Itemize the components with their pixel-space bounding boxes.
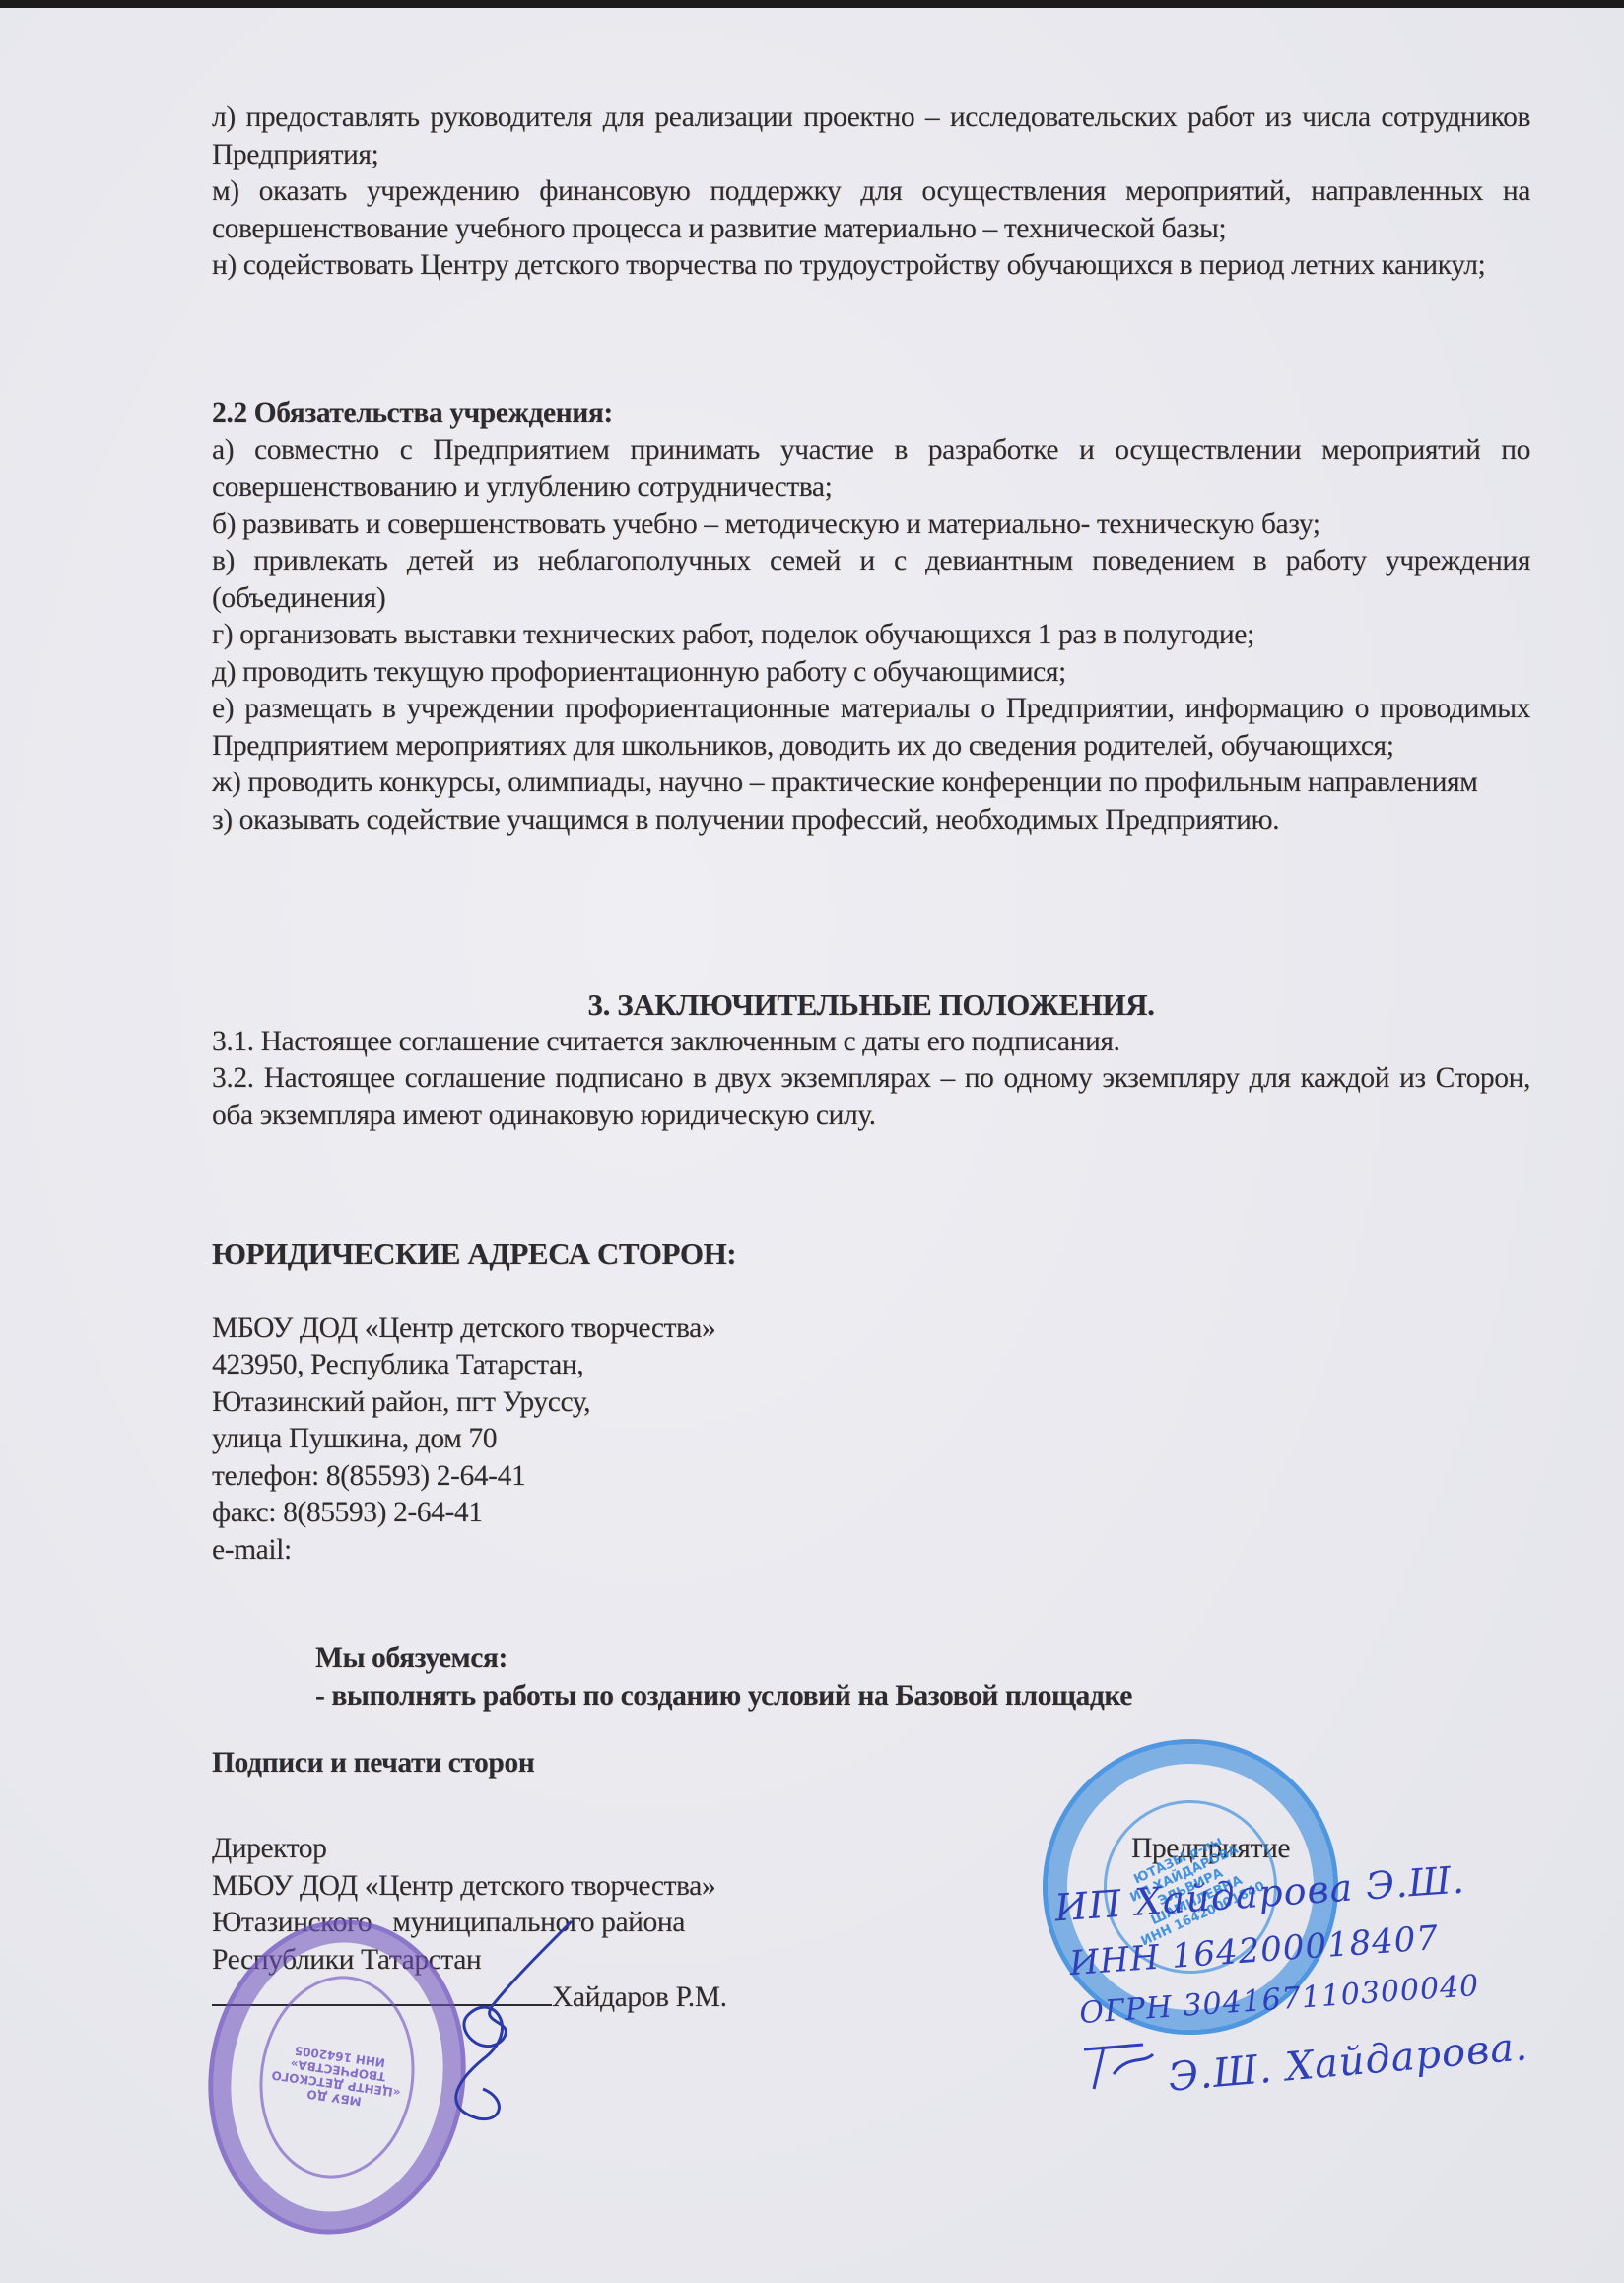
- signatures-heading: Подписи и печати сторон: [212, 1745, 1530, 1782]
- legal-addresses: ЮРИДИЧЕСКИЕ АДРЕСА СТОРОН: МБОУ ДОД «Цен…: [212, 1236, 1530, 1569]
- address-street: улица Пушкина, дом 70: [212, 1421, 1530, 1458]
- clause-zh: ж) проводить конкурсы, олимпиады, научно…: [212, 765, 1530, 802]
- address-phone: телефон: 8(85593) 2-64-41: [212, 1458, 1530, 1496]
- director-signature-scribble: [424, 1912, 591, 2128]
- scan-top-edge: [0, 0, 1624, 8]
- clause-g: г) организовать выставки технических раб…: [212, 617, 1530, 654]
- clause-b: б) развивать и совершенствовать учебно –…: [212, 506, 1530, 544]
- clause-m: м) оказать учреждению финансовую поддерж…: [212, 173, 1530, 247]
- address-district: Ютазинский район, пгт Уруссу,: [212, 1384, 1530, 1422]
- address-postal: 423950, Республика Татарстан,: [212, 1347, 1530, 1384]
- commitment-block: Мы обязуемся: - выполнять работы по созд…: [315, 1641, 1399, 1714]
- address-email: e-mail:: [212, 1532, 1530, 1570]
- clause-z: з) оказывать содействие учащимся в получ…: [212, 802, 1530, 839]
- signature-left-org: МБОУ ДОД «Центр детского творчества»: [212, 1868, 1099, 1906]
- section-2-2: 2.2 Обязательства учреждения: а) совмест…: [212, 395, 1530, 839]
- signature-left-title: Директор: [212, 1831, 1099, 1868]
- commitment-item: - выполнять работы по созданию условий н…: [315, 1678, 1399, 1715]
- section-3-heading: 3. ЗАКЛЮЧИТЕЛЬНЫЕ ПОЛОЖЕНИЯ.: [212, 986, 1530, 1024]
- enterprise-signature-scribble: [1074, 2035, 1163, 2094]
- stamp-left-inner: МБУ ДО «ЦЕНТР ДЕТСКОГО ТВОРЧЕСТВА» ИНН 1…: [246, 1966, 427, 2188]
- clause-d: д) проводить текущую профориентационную …: [212, 654, 1530, 692]
- section-2-1-continued: л) предоставлять руководителя для реализ…: [212, 100, 1530, 285]
- addresses-heading: ЮРИДИЧЕСКИЕ АДРЕСА СТОРОН:: [212, 1236, 1530, 1273]
- clause-e: е) размещать в учреждении профориентацио…: [212, 691, 1530, 765]
- clause-3-2: 3.2. Настоящее соглашение подписано в дв…: [212, 1060, 1530, 1134]
- section-2-2-heading: 2.2 Обязательства учреждения:: [212, 395, 1530, 433]
- commitment-heading: Мы обязуемся:: [315, 1641, 1399, 1678]
- section-3: 3. ЗАКЛЮЧИТЕЛЬНЫЕ ПОЛОЖЕНИЯ. 3.1. Настоя…: [212, 986, 1530, 1134]
- clause-l: л) предоставлять руководителя для реализ…: [212, 100, 1530, 173]
- clause-a: а) совместно с Предприятием принимать уч…: [212, 433, 1530, 506]
- clause-v: в) привлекать детей из неблагополучных с…: [212, 543, 1530, 617]
- clause-3-1: 3.1. Настоящее соглашение считается закл…: [212, 1024, 1530, 1061]
- address-org-name: МБОУ ДОД «Центр детского творчества»: [212, 1310, 1530, 1348]
- signatures-heading-block: Подписи и печати сторон: [212, 1745, 1530, 1782]
- clause-n: н) содействовать Центру детского творчес…: [212, 247, 1530, 285]
- address-fax: факс: 8(85593) 2-64-41: [212, 1495, 1530, 1532]
